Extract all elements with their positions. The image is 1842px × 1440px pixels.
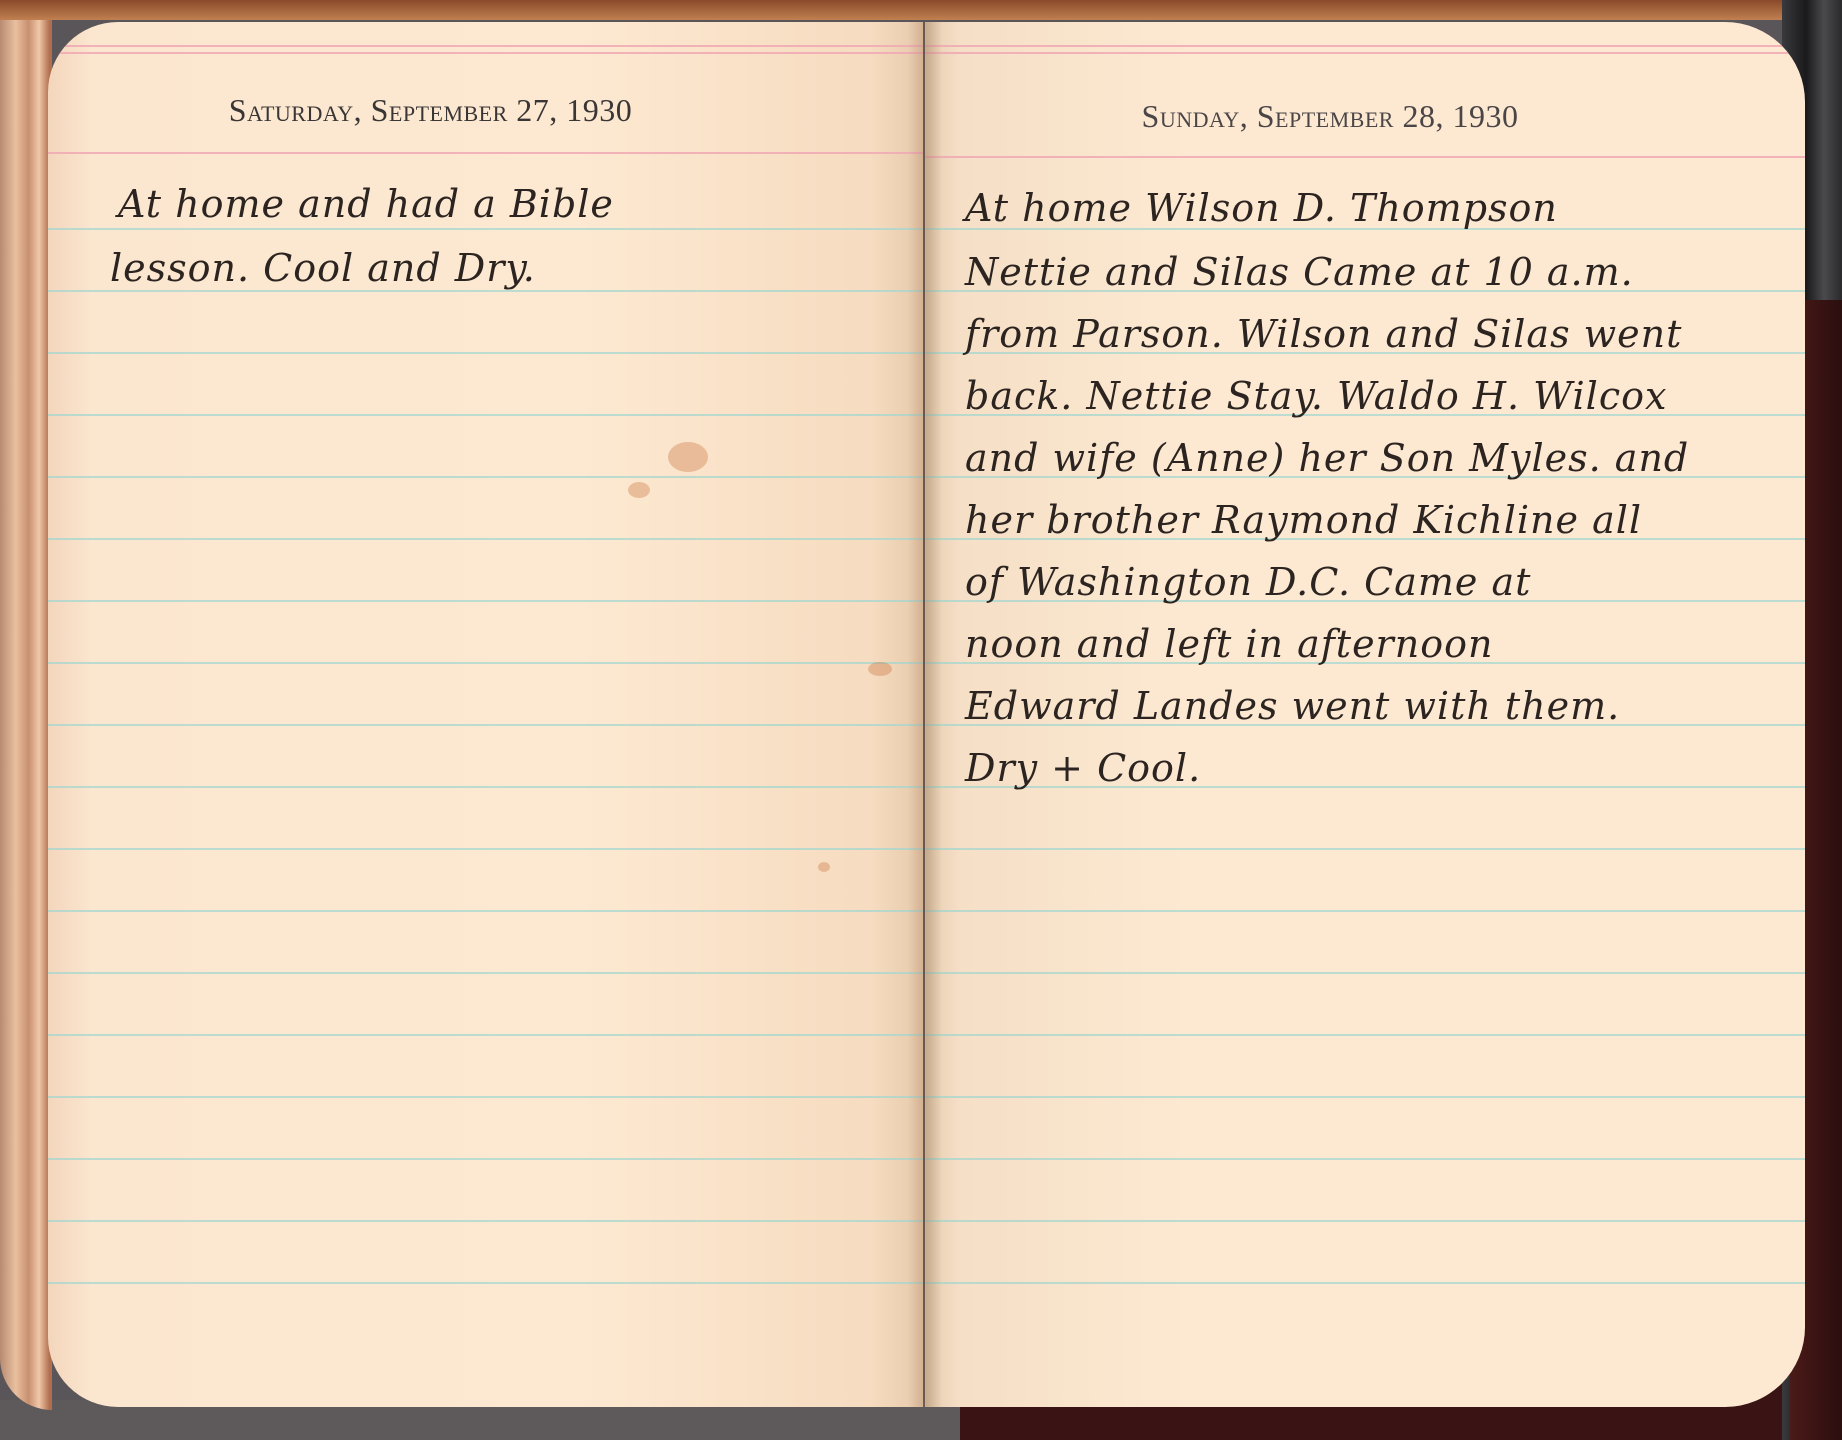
entry-line: Edward Landes went with them.: [965, 684, 1620, 728]
entry-line: At home Wilson D. Thompson: [965, 186, 1558, 230]
ruled-line: [48, 972, 923, 974]
header-rule-top: [48, 45, 923, 47]
ruled-line: [925, 910, 1805, 912]
ruled-line: [925, 1034, 1805, 1036]
age-stain: [628, 482, 650, 498]
entry-line: At home and had a Bible: [118, 182, 614, 226]
entry-line: lesson. Cool and Dry.: [110, 246, 536, 290]
ruled-line: [48, 1096, 923, 1098]
book-gutter: [908, 22, 942, 1407]
age-stain: [818, 862, 830, 872]
entry-line: Dry + Cool.: [965, 746, 1201, 790]
header-rule-top-double: [925, 52, 1805, 54]
ruled-line: [48, 1158, 923, 1160]
header-rule-top-double: [48, 52, 923, 54]
date-header-left: Saturday, September 27, 1930: [48, 92, 923, 129]
ruled-line: [48, 1034, 923, 1036]
ruled-line: [925, 1158, 1805, 1160]
ruled-line: [48, 1282, 923, 1284]
entry-line: from Parson. Wilson and Silas went: [965, 312, 1682, 356]
ruled-line: [48, 662, 923, 664]
ruled-line: [48, 414, 923, 416]
ruled-line: [48, 1220, 923, 1222]
ruled-line: [48, 724, 923, 726]
entry-line: noon and left in afternoon: [965, 622, 1493, 666]
entry-line: of Washington D.C. Came at: [965, 560, 1531, 604]
ruled-line: [48, 290, 923, 292]
ruled-line: [925, 1096, 1805, 1098]
ruled-line: [925, 972, 1805, 974]
ruled-line: [48, 786, 923, 788]
entry-line: her brother Raymond Kichline all: [965, 498, 1642, 542]
entry-line: and wife (Anne) her Son Myles. and: [965, 436, 1689, 480]
ruled-line: [48, 476, 923, 478]
header-rule-top: [925, 45, 1805, 47]
ruled-line: [48, 228, 923, 230]
ruled-line: [48, 910, 923, 912]
right-diary-page: Sunday, September 28, 1930 At home Wilso…: [925, 22, 1805, 1407]
page-edge-stack: [0, 20, 52, 1410]
ruled-line: [48, 848, 923, 850]
header-rule-bottom: [48, 152, 923, 154]
ruled-line: [48, 352, 923, 354]
date-header-right: Sunday, September 28, 1930: [925, 98, 1805, 135]
ruled-line: [48, 600, 923, 602]
ruled-line: [925, 1220, 1805, 1222]
book-cover-top-edge: [0, 0, 1842, 20]
ruled-line: [48, 538, 923, 540]
entry-line: back. Nettie Stay. Waldo H. Wilcox: [965, 374, 1667, 418]
age-stain: [668, 442, 708, 472]
ruled-line: [925, 1282, 1805, 1284]
entry-line: Nettie and Silas Came at 10 a.m.: [965, 250, 1634, 294]
left-diary-page: Saturday, September 27, 1930 At home and…: [48, 22, 923, 1407]
ruled-line: [925, 848, 1805, 850]
header-rule-bottom: [925, 156, 1805, 158]
age-stain: [868, 662, 892, 676]
